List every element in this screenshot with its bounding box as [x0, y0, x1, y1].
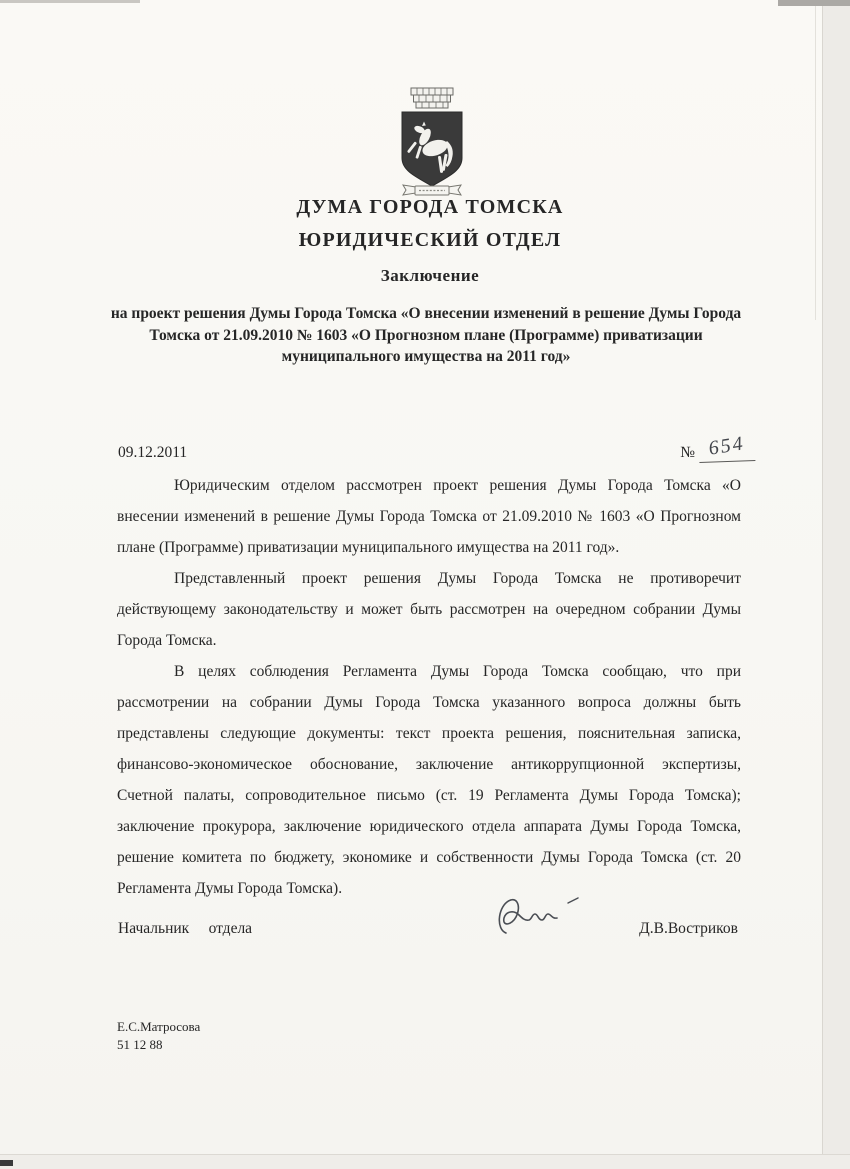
number-underline: 654	[699, 436, 756, 463]
motto-ribbon-icon	[403, 185, 461, 195]
executor-name: Е.С.Матросова	[117, 1018, 200, 1036]
body-paragraph: В целях соблюдения Регламента Думы Город…	[117, 656, 741, 904]
date-number-row: 09.12.2011 № 654	[118, 437, 755, 462]
body-paragraph: Юридическим отделом рассмотрен проект ре…	[117, 470, 741, 563]
department-name: ЮРИДИЧЕСКИЙ ОТДЕЛ	[40, 229, 820, 252]
signature-row: Начальник отдела Д.В.Востриков	[118, 920, 738, 938]
document-type-title: Заключение	[40, 266, 820, 286]
document-date: 09.12.2011	[118, 444, 187, 462]
scan-edge-bottom	[0, 1154, 850, 1169]
document-number: № 654	[680, 437, 755, 462]
scan-edge-top	[0, 0, 140, 3]
body-paragraph: Представленный проект решения Думы Город…	[117, 563, 741, 656]
document-body: Юридическим отделом рассмотрен проект ре…	[117, 470, 741, 904]
scan-edge-right	[822, 0, 850, 1169]
number-label: №	[680, 444, 695, 462]
signatory-position: Начальник отдела	[118, 920, 252, 938]
document-footer: Е.С.Матросова 51 12 88	[117, 1018, 200, 1053]
scan-edge-top-right	[778, 0, 850, 6]
scanned-document-page: ДУМА ГОРОДА ТОМСКА ЮРИДИЧЕСКИЙ ОТДЕЛ Зак…	[0, 0, 850, 1169]
org-name: ДУМА ГОРОДА ТОМСКА	[40, 196, 820, 219]
handwritten-number: 654	[707, 432, 746, 460]
scan-mark-bottom-left	[0, 1160, 13, 1166]
document-subject: на проект решения Думы Города Томска «О …	[100, 303, 752, 368]
executor-phone: 51 12 88	[117, 1036, 200, 1054]
signatory-name: Д.В.Востриков	[639, 920, 738, 938]
tomsk-coat-of-arms-icon	[386, 86, 478, 198]
